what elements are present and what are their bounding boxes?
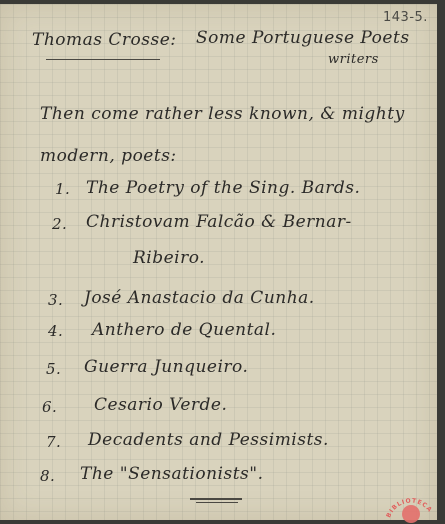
list-item-text: The Poetry of the Sing. Bards. — [86, 178, 360, 198]
closing-double-underline — [190, 498, 242, 500]
list-item-text: Guerra Junqueiro. — [84, 357, 248, 377]
intro-line-2: modern, poets: — [40, 146, 177, 166]
list-item-continuation: Ribeiro. — [133, 248, 205, 268]
heading-title-addition: writers — [328, 52, 379, 67]
list-item-text: Cesario Verde. — [94, 395, 227, 415]
list-item-number: 7. — [46, 433, 61, 451]
list-item-text: Anthero de Quental. — [92, 320, 276, 340]
list-item-text: The "Sensationists". — [80, 464, 263, 484]
list-item-number: 6. — [42, 398, 57, 416]
heading-author: Thomas Crosse: — [32, 30, 177, 50]
list-item-number: 1. — [55, 180, 70, 198]
list-item-number: 5. — [46, 360, 61, 378]
heading-title: Some Portuguese Poets — [196, 28, 410, 48]
closing-double-underline-2 — [196, 502, 238, 503]
library-stamp-icon: BIBLIOTECA NACIONAL — [382, 478, 438, 524]
list-item-number: 4. — [48, 322, 63, 340]
list-item-text: Christovam Falcão & Bernar- — [86, 212, 352, 232]
list-item-text: José Anastacio da Cunha. — [84, 288, 315, 308]
manuscript-page: 143-5. Thomas Crosse: Some Portuguese Po… — [0, 4, 437, 520]
list-item-number: 2. — [52, 215, 67, 233]
reference-number: 143-5. — [383, 10, 428, 25]
author-underline — [46, 59, 160, 60]
list-item-number: 3. — [48, 291, 63, 309]
list-item-number: 8. — [40, 467, 55, 485]
list-item-text: Decadents and Pessimists. — [88, 430, 329, 450]
intro-line-1: Then come rather less known, & mighty — [40, 104, 405, 124]
